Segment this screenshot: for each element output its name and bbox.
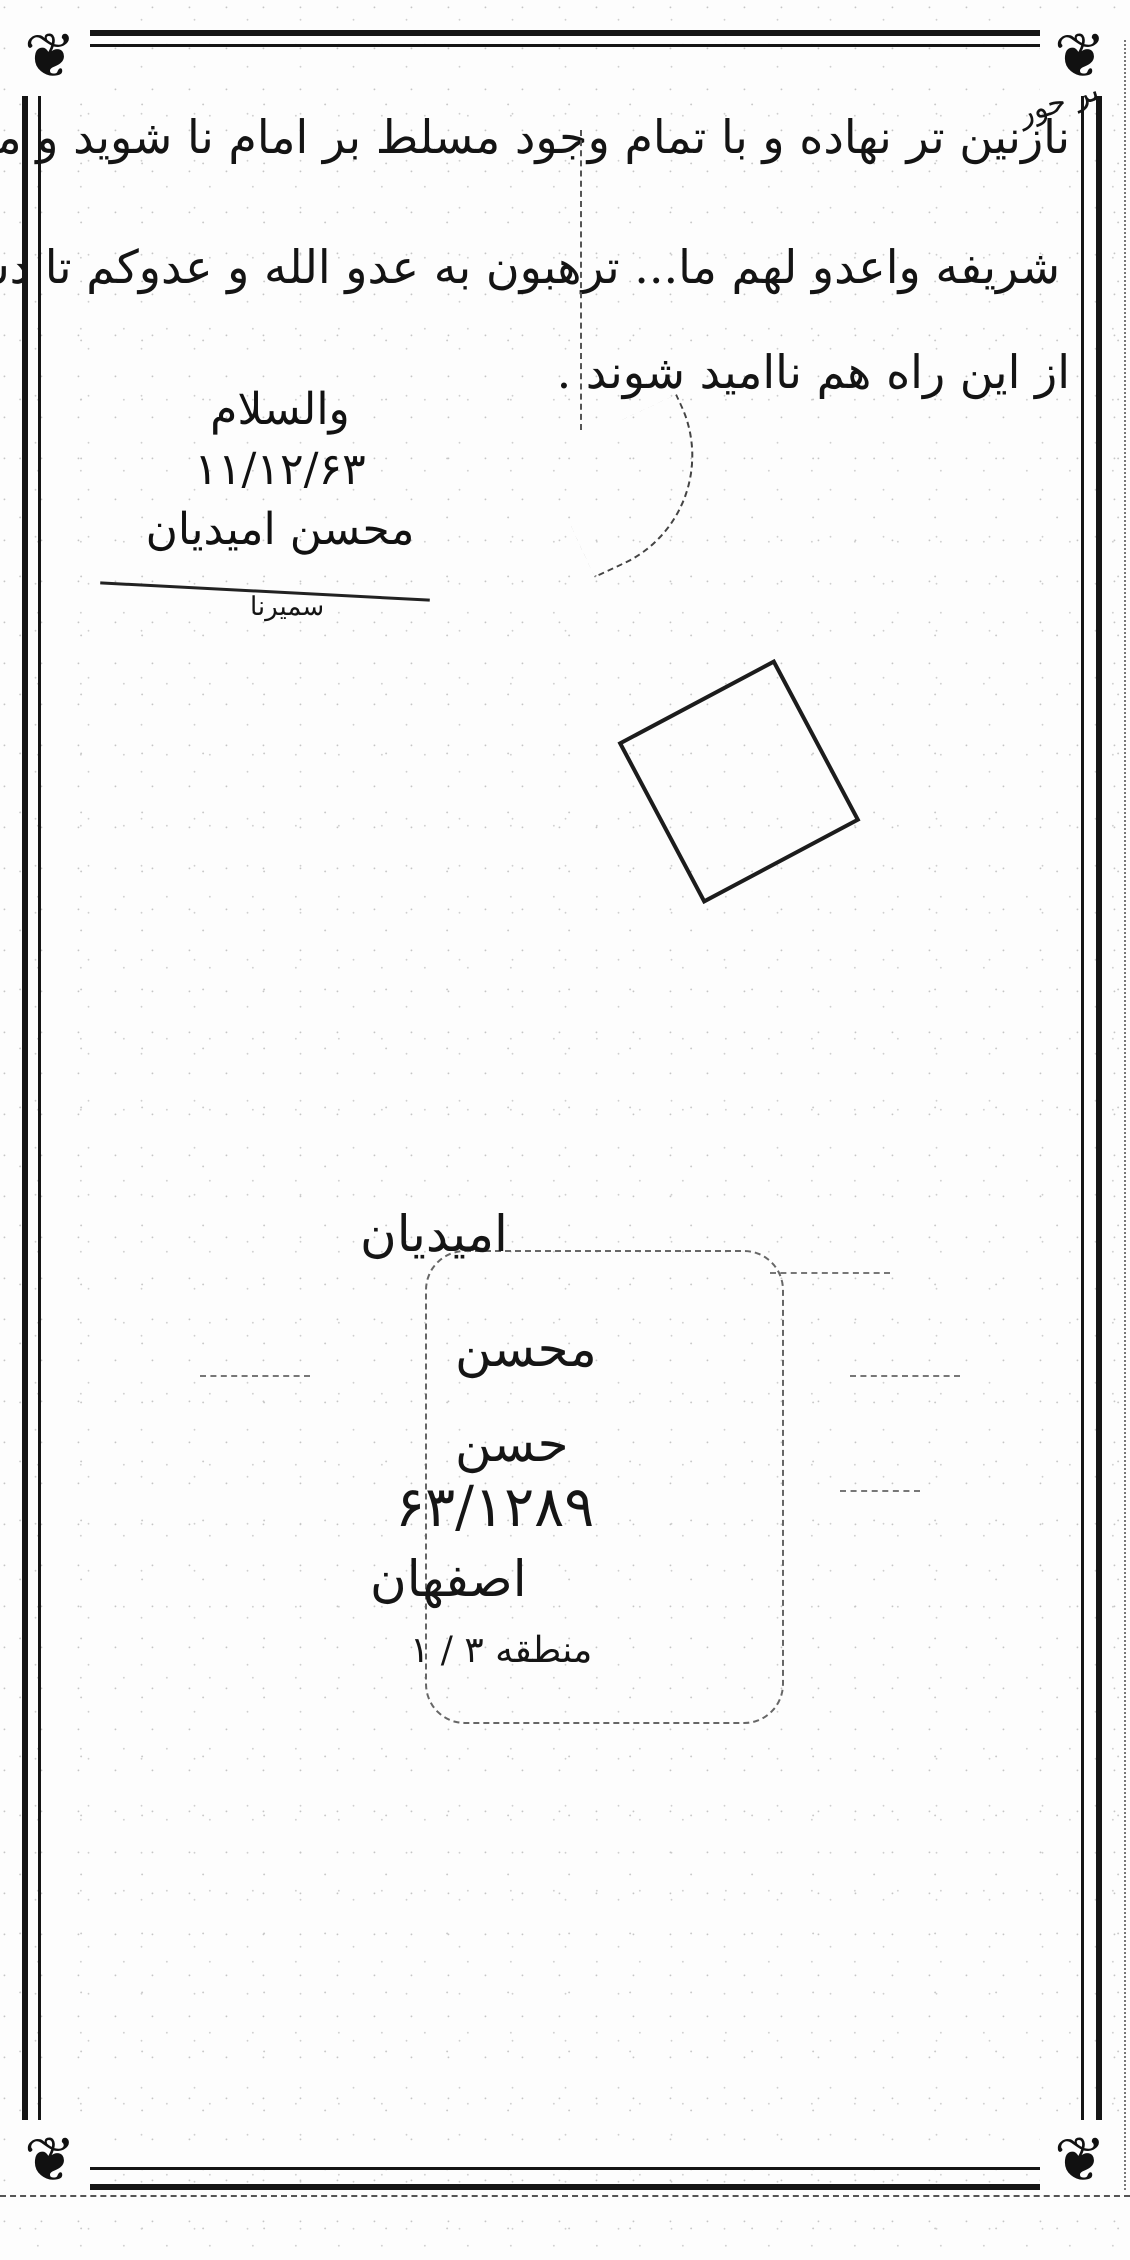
signature-name: محسن امیدیان [100,500,460,560]
stamp-number: ۶۳/۱۲۸۹ [395,1475,594,1540]
scanned-page: ❦ ❦ ❦ ❦ بر حور نازنین تر نهاده و با تمام… [0,0,1130,2260]
stamp-line: حسن [455,1415,569,1473]
corner-ornament-icon: ❦ [10,2120,90,2200]
salutation: والسلام [100,380,460,440]
signature-scribble: سمیرنا [250,592,324,622]
stamp-line: اصفهان [370,1550,527,1608]
stamp-line: محسن [455,1320,597,1378]
dash-mark [770,1272,890,1274]
stamp-line: امیدیان [360,1205,508,1263]
body-line: شریفه واعدو لهم ما... ترهبون به عدو الله… [0,240,1060,294]
closing-block: والسلام ۱۱/۱۲/۶۳ محسن امیدیان [100,380,460,560]
letter-date: ۱۱/۱۲/۶۳ [100,440,460,500]
dash-mark [840,1490,920,1492]
dash-mark [200,1375,310,1377]
body-line: از این راه هم ناامید شوند . [557,345,1070,399]
corner-ornament-icon: ❦ [1040,2120,1120,2200]
stamp-line: منطقه ۳ / ۱ [410,1630,592,1671]
scan-edge [0,2195,1130,2207]
corner-ornament-icon: ❦ [10,16,90,96]
fold-guide [580,130,582,430]
margin-edge [1110,40,1126,2190]
body-line: نازنین تر نهاده و با تمام وجود مسلط بر ا… [0,110,1070,164]
dash-mark [850,1375,960,1377]
